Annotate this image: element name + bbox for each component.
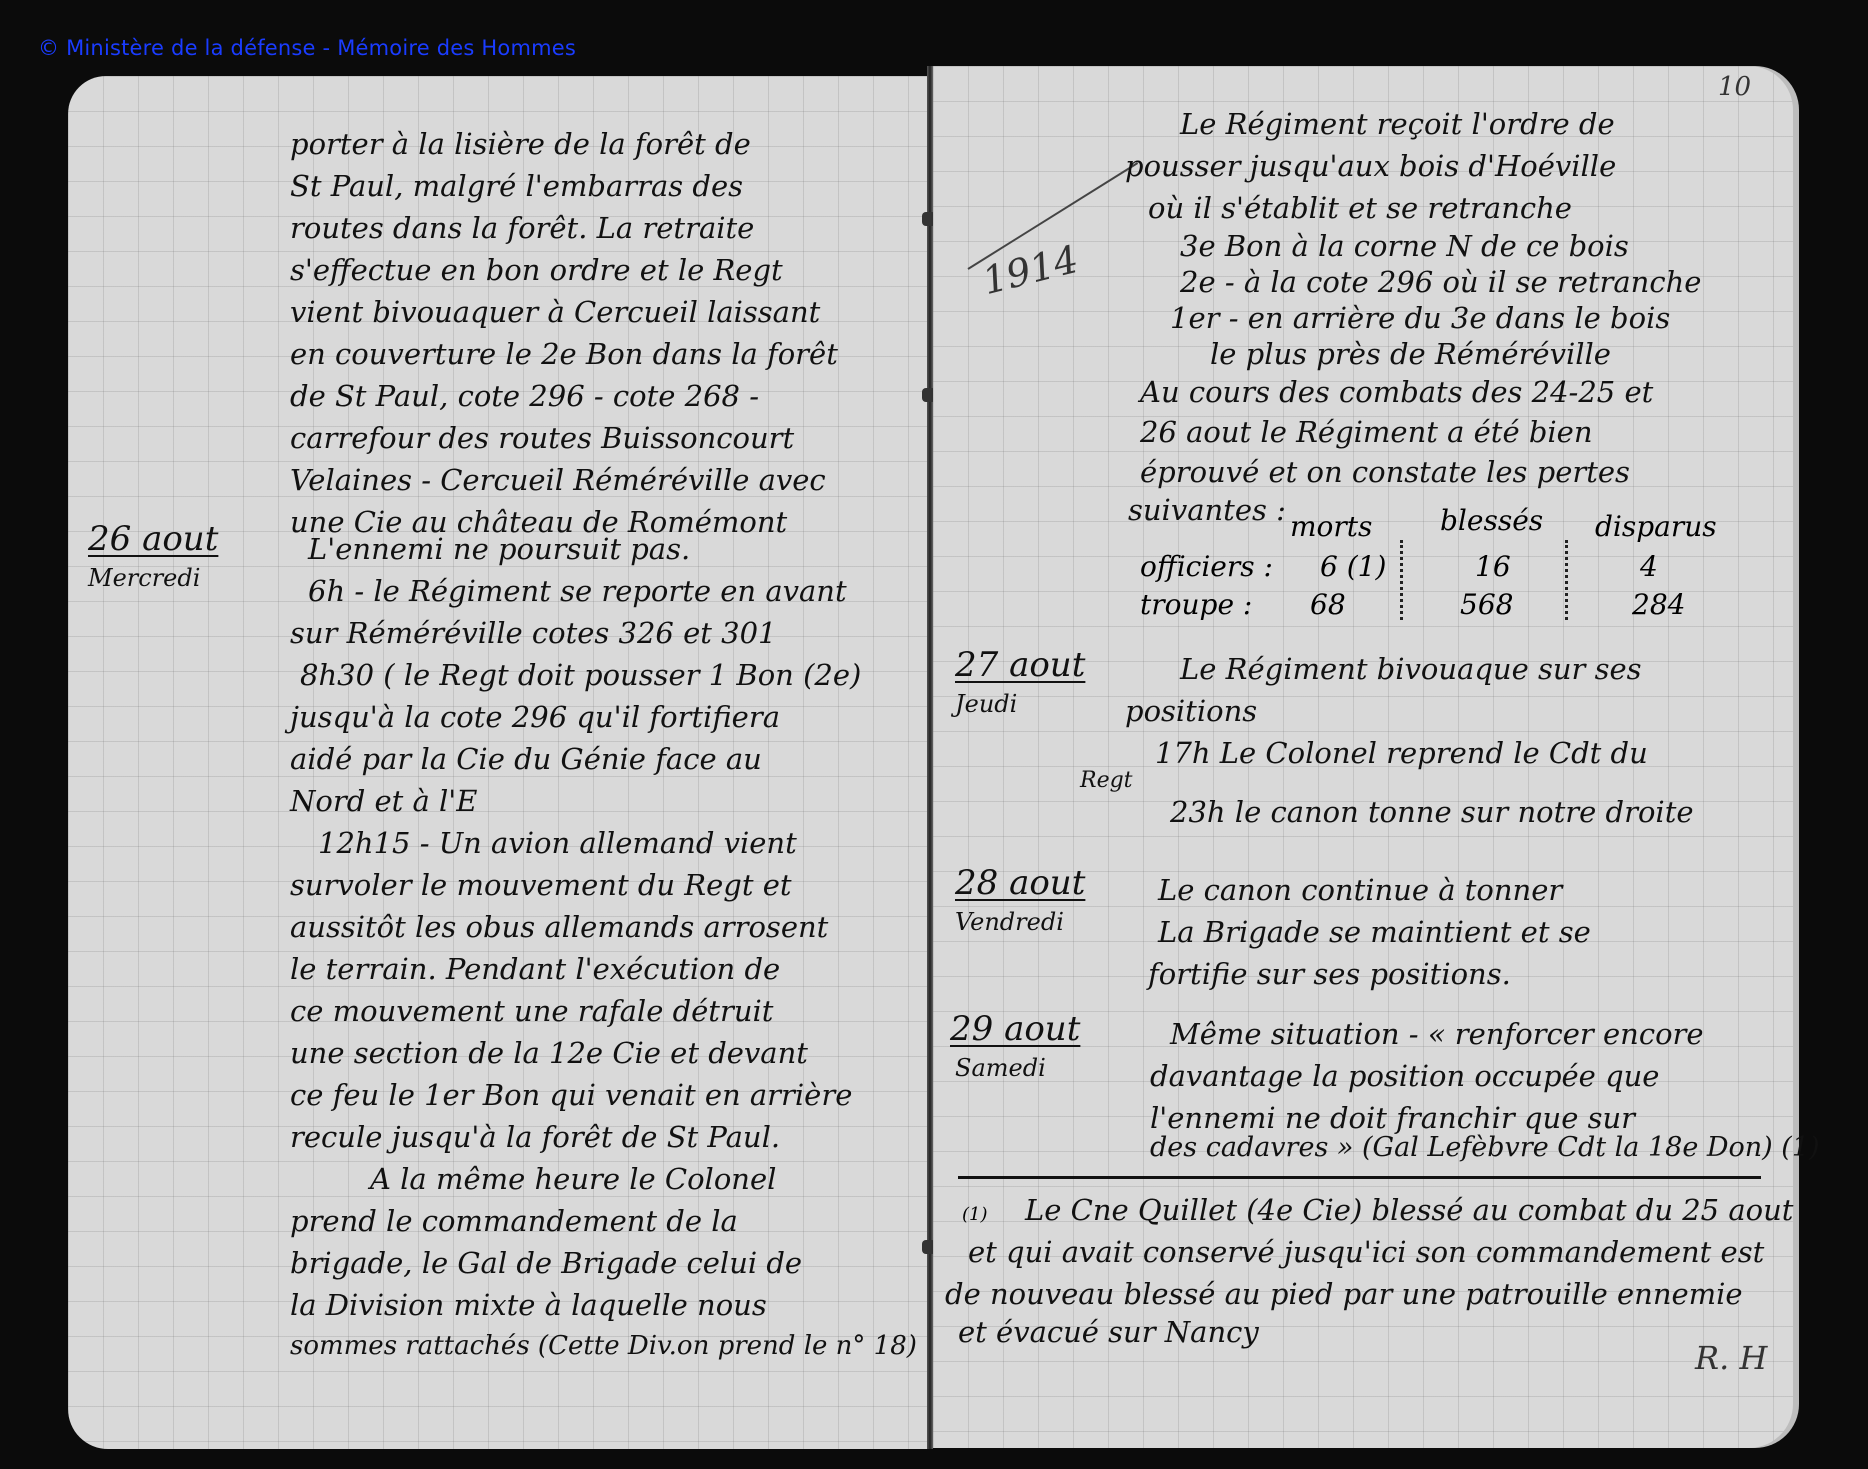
text-line: L'ennemi ne poursuit pas. [308,535,690,564]
column-header: disparus [1595,510,1717,543]
entry-day: Jeudi [955,692,1017,716]
table-cell: 68 [1310,588,1346,621]
text-line: Le Régiment reçoit l'ordre de [1180,110,1615,139]
column-divider [1565,540,1571,620]
entry-date: 27 aout [955,648,1085,682]
text-line: ce mouvement une rafale détruit [290,997,773,1026]
losses-table: morts blessés disparus officiers : 6 (1)… [1140,510,1760,620]
text-line: 3e Bon à la corne N de ce bois [1180,232,1629,261]
row-label: troupe : [1140,588,1252,621]
text-line: aussitôt les obus allemands arrosent [290,913,828,942]
text-line: carrefour des routes Buissoncourt [290,424,794,453]
text-line: ce feu le 1er Bon qui venait en arrière [290,1081,852,1110]
text-line: 23h le canon tonne sur notre droite [1170,798,1694,827]
column-divider [1400,540,1406,620]
footnote-line: et évacué sur Nancy [958,1318,1259,1347]
entry-day: Vendredi [955,910,1064,934]
column-header: blessés [1440,504,1543,537]
entry-day: Mercredi [88,566,200,590]
text-line: porter à la lisière de la forêt de [290,130,751,159]
text-line: en couverture le 2e Bon dans la forêt [290,340,838,369]
text-line: routes dans la forêt. La retraite [290,214,754,243]
entry-date: 28 aout [955,866,1085,900]
entry-date: 26 aout [88,522,218,556]
text-line: le plus près de Réméréville [1210,340,1611,369]
text-line: s'effectue en bon ordre et le Regt [290,256,783,285]
footnote-line: Le Cne Quillet (4e Cie) blessé au combat… [1025,1196,1793,1225]
text-line: de St Paul, cote 296 - cote 268 - [290,382,759,411]
text-line: Même situation - « renforcer encore [1170,1020,1704,1049]
entry-date: 29 aout [950,1012,1080,1046]
text-line: éprouvé et on constate les pertes [1140,458,1630,487]
text-line: Le Régiment bivouaque sur ses [1180,655,1642,684]
text-line: 1er - en arrière du 3e dans le bois [1170,304,1670,333]
text-line: le terrain. Pendant l'exécution de [290,955,780,984]
text-line: 2e - à la cote 296 où il se retranche [1180,268,1701,297]
entry-day: Samedi [955,1056,1046,1080]
text-line: Nord et à l'E [290,787,477,816]
text-line: prend le commandement de la [290,1207,738,1236]
text-line: aidé par la Cie du Génie face au [290,745,762,774]
text-line: Le canon continue à tonner [1158,876,1562,905]
text-line: sur Réméréville cotes 326 et 301 [290,619,777,648]
author-initials: R. H [1695,1342,1767,1374]
footnote-marker: (1) [962,1204,988,1225]
table-cell: 284 [1632,588,1685,621]
text-line: Regt [1080,770,1133,792]
page-number: 10 [1718,72,1751,102]
text-line: où il s'établit et se retranche [1148,194,1572,223]
text-line: jusqu'à la cote 296 qu'il fortifiera [290,703,780,732]
text-line: l'ennemi ne doit franchir que sur [1150,1104,1635,1133]
text-line: davantage la position occupée que [1150,1062,1659,1091]
text-line: 12h15 - Un avion allemand vient [318,829,797,858]
text-line: St Paul, malgré l'embarras des [290,172,743,201]
text-line: 17h Le Colonel reprend le Cdt du [1155,739,1648,768]
text-line: brigade, le Gal de Brigade celui de [290,1249,802,1278]
text-line: la Division mixte à laquelle nous [290,1291,767,1320]
text-line: sommes rattachés (Cette Div.on prend le … [290,1333,917,1359]
footnote-rule [958,1176,1761,1179]
text-line: vient bivouaquer à Cercueil laissant [290,298,820,327]
text-line: recule jusqu'à la forêt de St Paul. [290,1123,780,1152]
text-line: positions [1125,697,1257,726]
table-cell: 6 (1) [1320,550,1386,583]
table-cell: 4 [1640,550,1658,583]
text-line: des cadavres » (Gal Lefèbvre Cdt la 18e … [1150,1134,1820,1161]
footnote-line: et qui avait conservé jusqu'ici son comm… [968,1238,1764,1267]
text-line: Au cours des combats des 24-25 et [1140,378,1653,407]
text-line: 26 aout le Régiment a été bien [1140,418,1593,447]
column-header: morts [1290,510,1372,543]
copyright-watermark: © Ministère de la défense - Mémoire des … [38,36,576,60]
text-line: Velaines - Cercueil Réméréville avec [290,466,826,495]
row-label: officiers : [1140,550,1273,583]
text-line: survoler le mouvement du Regt et [290,871,792,900]
text-line: pousser jusqu'aux bois d'Hoéville [1125,152,1616,181]
text-line: A la même heure le Colonel [370,1165,776,1194]
text-line: 6h - le Régiment se reporte en avant [308,577,847,606]
table-cell: 16 [1475,550,1511,583]
footnote-line: de nouveau blessé au pied par une patrou… [945,1280,1743,1309]
text-line: La Brigade se maintient et se [1158,918,1591,947]
table-cell: 568 [1460,588,1513,621]
text-line: fortifie sur ses positions. [1148,960,1511,989]
text-line: 8h30 ( le Regt doit pousser 1 Bon (2e) [300,661,861,690]
text-line: une section de la 12e Cie et devant [290,1039,808,1068]
